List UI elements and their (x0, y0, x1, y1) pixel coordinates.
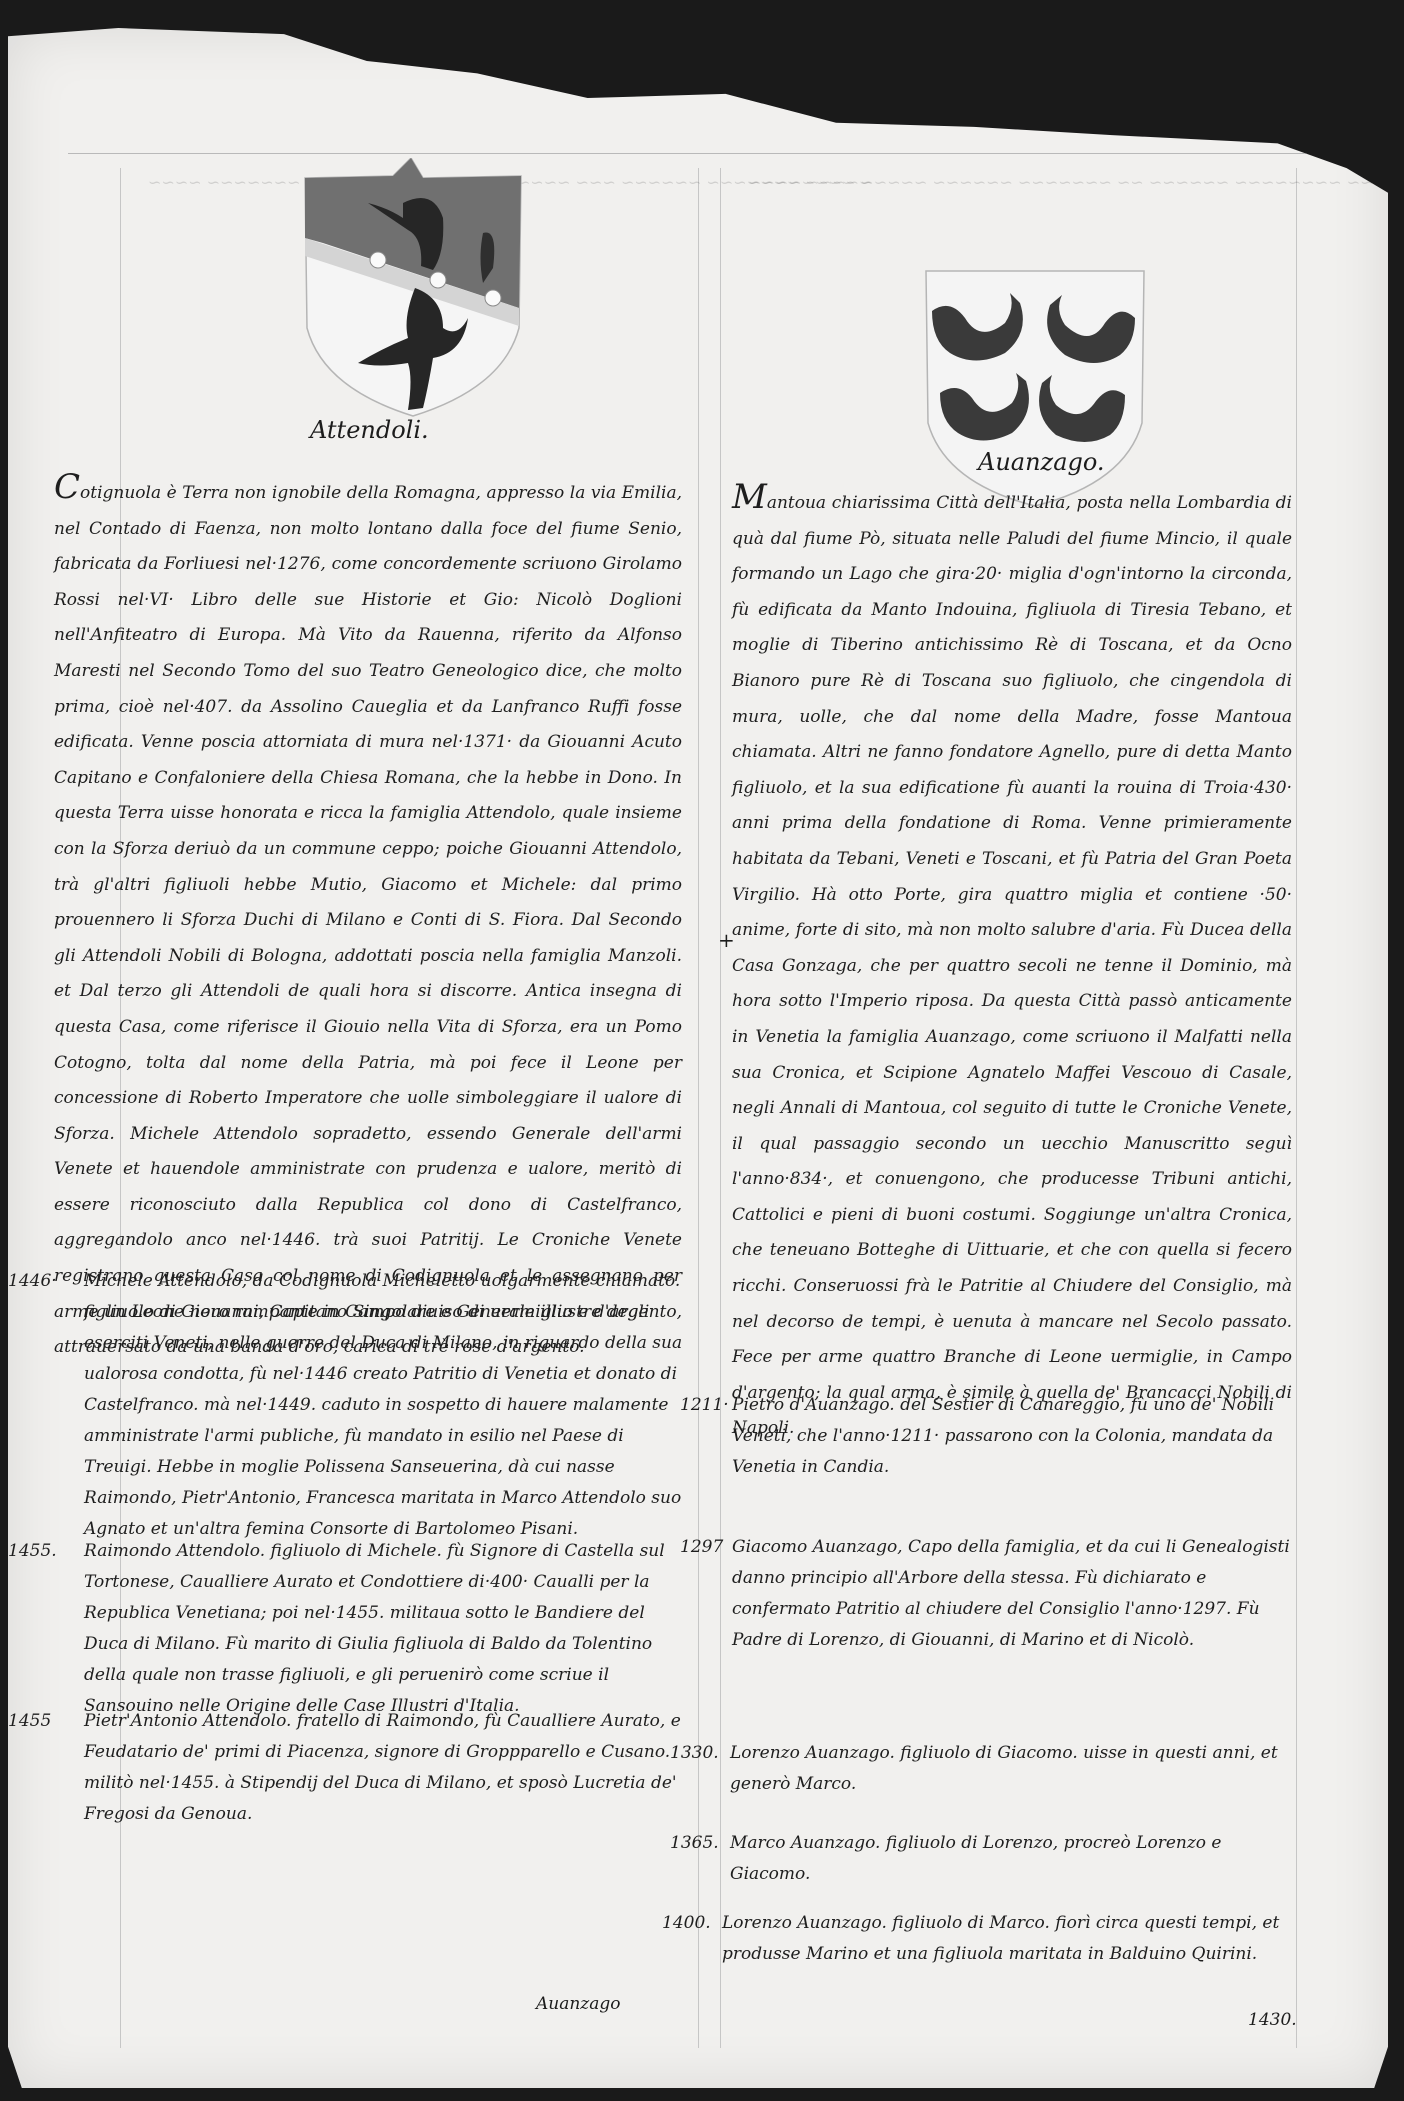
entry-text: Lorenzo Auanzago. figliuolo di Marco. fi… (722, 1908, 1282, 1970)
entry-year: 1365. (670, 1828, 719, 1859)
entry-text: Pietr'Antonio Attendolo. fratello di Rai… (84, 1706, 684, 1830)
entry-year: 1330. (670, 1738, 719, 1769)
entry-year: 1455. (8, 1536, 57, 1567)
genealogy-entry: 1400. Lorenzo Auanzago. figliuolo di Mar… (662, 1908, 1302, 2008)
show-through-text: ~~~~~ ~~~~~~~~ ~~~~~~ ~~ ~~~~~~~ ~~~~~~ … (748, 168, 1404, 198)
genealogy-entry: 1446· Michele Attendolo, da Codignuola M… (8, 1266, 688, 1446)
genealogy-entry: 1330. Lorenzo Auanzago. figliuolo di Gia… (670, 1738, 1300, 1808)
entry-text: Giacomo Auanzago, Capo della famiglia, e… (732, 1532, 1292, 1656)
attendoli-coat-of-arms-icon (293, 158, 533, 418)
family-title-attendoli: Attendoli. (310, 416, 429, 444)
entry-text: Pietro d'Auanzago. del Sestier di Canare… (732, 1390, 1292, 1483)
attendoli-intro-paragraph: otignuola è Terra non ignobile della Rom… (54, 483, 682, 1357)
page-number: 55 (1278, 104, 1306, 129)
genealogy-entry: 1455. Raimondo Attendolo. figliuolo di M… (8, 1536, 688, 1696)
entry-year: 1446· (8, 1266, 57, 1297)
genealogy-entry: 1455 Pietr'Antonio Attendolo. fratello d… (8, 1706, 688, 1826)
dropcap-m: M (732, 477, 767, 517)
family-title-auanzago: Auanzago. (978, 448, 1105, 476)
manuscript-page: 55 ~~~~~ ~~~~~~~ ~~~~~~ ~~~ ~~~~~~~~ ~~~… (8, 28, 1388, 2088)
end-year-note: 1430. (1248, 2010, 1297, 2030)
entry-text: Michele Attendolo, da Codignuola Michele… (84, 1266, 684, 1545)
entry-text: Marco Auanzago. figliuolo di Lorenzo, pr… (730, 1828, 1290, 1890)
entry-year: 1211· (680, 1390, 729, 1421)
genealogy-entry: 1297 Giacomo Auanzago, Capo della famigl… (680, 1532, 1300, 1692)
header-rule (68, 153, 1308, 154)
auanzago-intro-paragraph: antoua chiarissima Città dell'Italia, po… (732, 493, 1292, 1438)
entry-text: Raimondo Attendolo. figliuolo di Michele… (84, 1536, 684, 1722)
catchword: Auanzago (536, 1994, 621, 2014)
entry-text: Lorenzo Auanzago. figliuolo di Giacomo. … (730, 1738, 1290, 1800)
genealogy-entry: 1211· Pietro d'Auanzago. del Sestier di … (680, 1390, 1300, 1490)
genealogy-entry: 1365. Marco Auanzago. figliuolo di Loren… (670, 1828, 1300, 1898)
entry-year: 1297 (680, 1532, 723, 1563)
entry-year: 1400. (662, 1908, 711, 1939)
attendoli-history-text: Cotignuola è Terra non ignobile della Ro… (54, 470, 682, 1366)
auanzago-history-text: Mantoua chiarissima Città dell'Italia, p… (732, 480, 1292, 1447)
entry-year: 1455 (8, 1706, 51, 1737)
dropcap-c: C (54, 467, 80, 507)
marginal-cross-mark: + (718, 928, 735, 952)
